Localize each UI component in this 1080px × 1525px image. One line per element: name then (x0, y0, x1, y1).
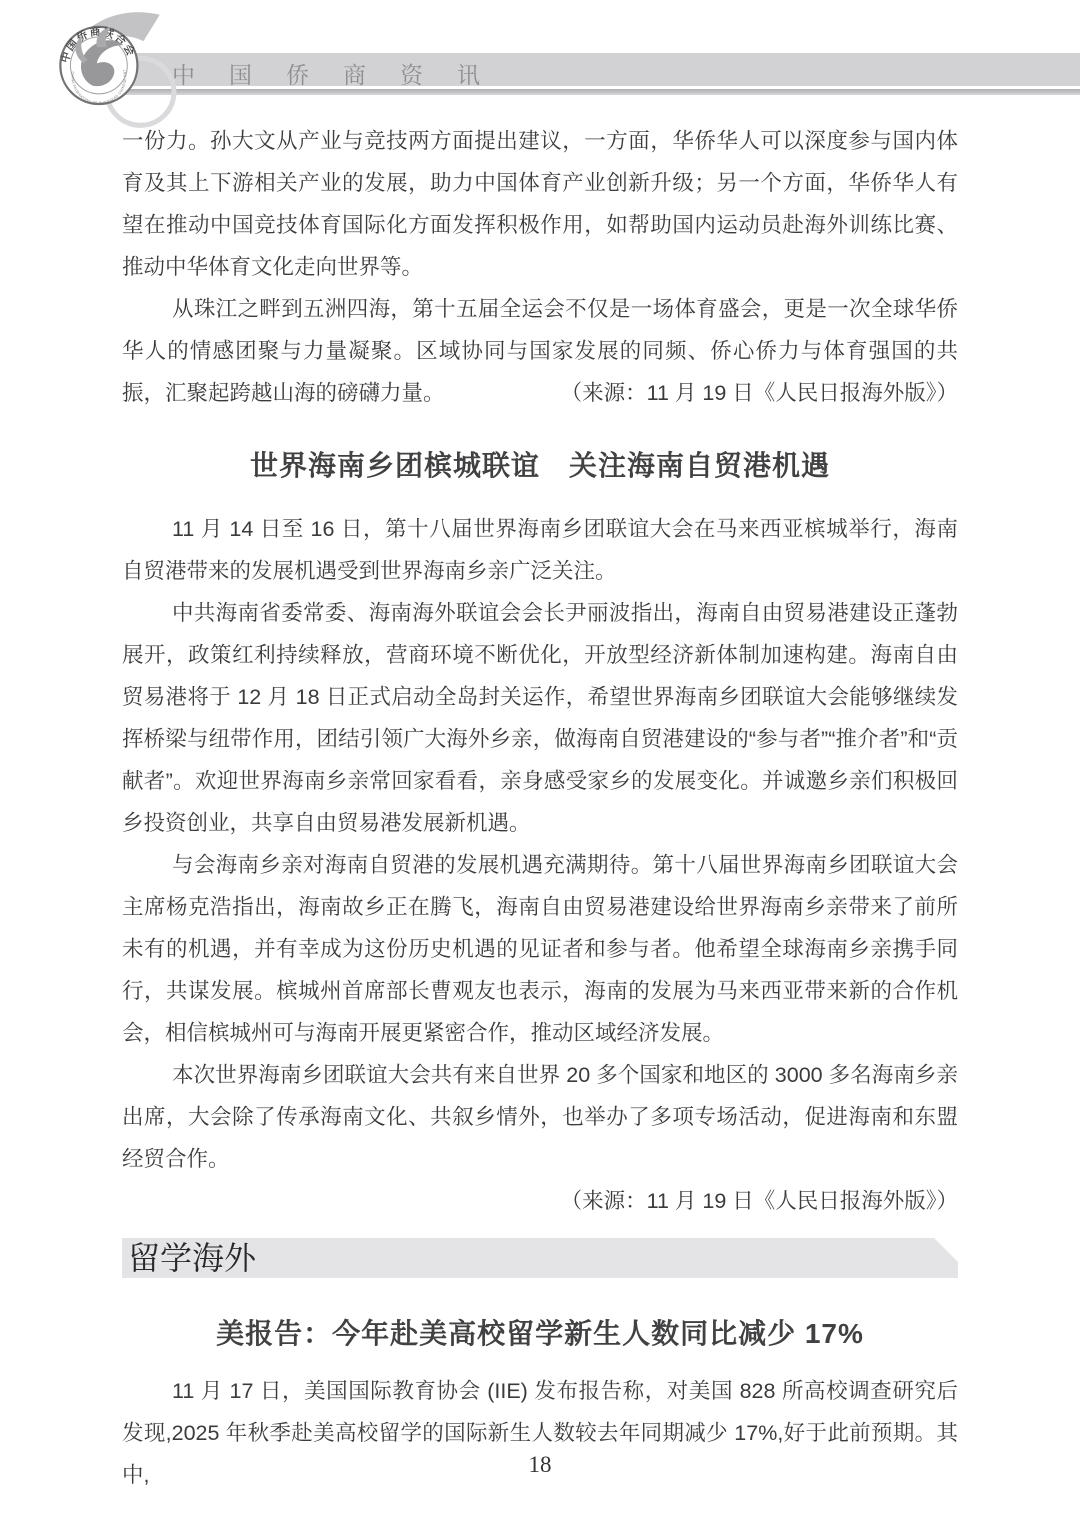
article-title: 美报告：今年赴美高校留学新生人数同比减少 17% (122, 1314, 958, 1354)
section-banner-label: 留学海外 (122, 1238, 256, 1278)
paragraph: 中共海南省委常委、海南海外联谊会会长尹丽波指出，海南自由贸易港建设正蓬勃展开，政… (122, 592, 958, 844)
paragraph: 11 月 14 日至 16 日，第十八届世界海南乡团联谊大会在马来西亚槟城举行，… (122, 508, 958, 592)
article-title: 世界海南乡团槟城联谊 关注海南自贸港机遇 (122, 446, 958, 486)
source-credit: （来源：11 月 19 日《人民日报海外版》） (561, 372, 958, 414)
paragraph: 一份力。孙大文从产业与竞技两方面提出建议，一方面，华侨华人可以深度参与国内体育及… (122, 120, 958, 288)
paragraph: 与会海南乡亲对海南自贸港的发展机遇充满期待。第十八届世界海南乡团联谊大会主席杨克… (122, 844, 958, 1054)
paragraph: 本次世界海南乡团联谊大会共有来自世界 20 多个国家和地区的 3000 多名海南… (122, 1054, 958, 1180)
page-number: 18 (0, 1452, 1080, 1478)
source-credit: （来源：11 月 19 日《人民日报海外版》） (122, 1180, 958, 1222)
page-content: 一份力。孙大文从产业与竞技两方面提出建议，一方面，华侨华人可以深度参与国内体育及… (122, 0, 958, 1496)
section-banner: 留学海外 (122, 1238, 958, 1278)
paragraph-with-source: 从珠江之畔到五洲四海，第十五届全运会不仅是一场体育盛会，更是一次全球华侨华人的情… (122, 288, 958, 414)
